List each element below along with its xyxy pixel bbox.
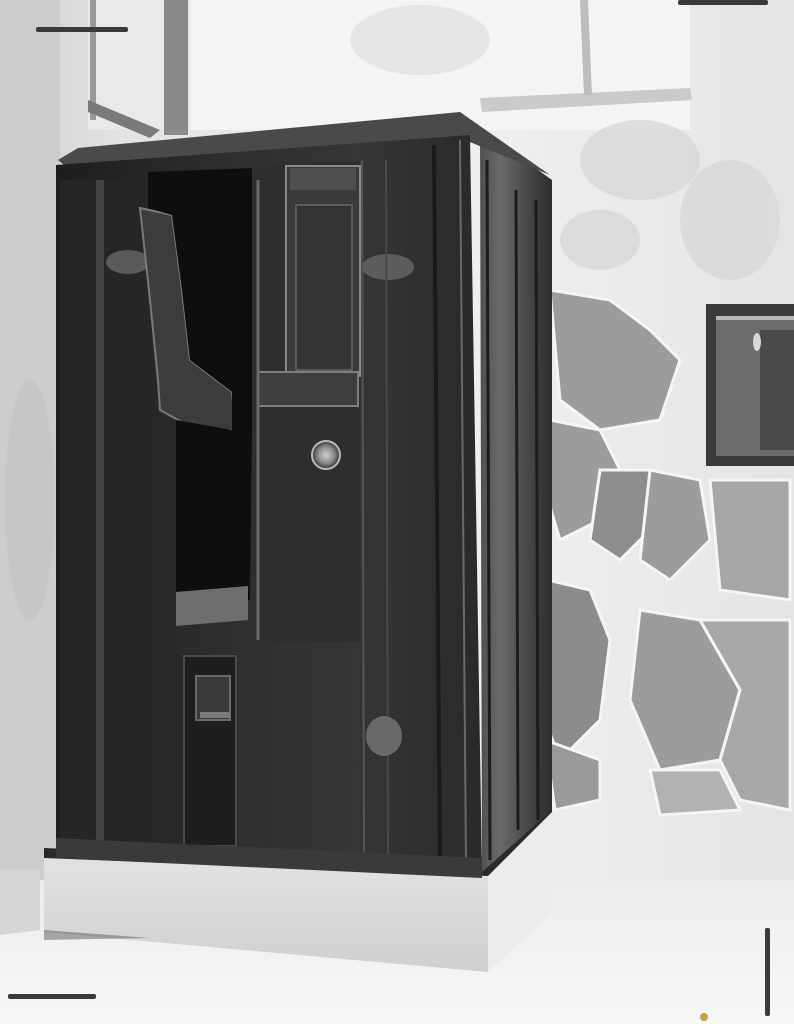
photograph	[0, 0, 794, 1024]
photo-scene	[0, 0, 794, 1024]
right-door	[252, 162, 360, 642]
upper-right-boss	[362, 254, 414, 280]
lower-small-door	[184, 656, 236, 846]
lower-knob	[366, 716, 402, 756]
upper-hinge-knob	[106, 250, 150, 274]
framed-panel	[706, 304, 794, 466]
rust-spot	[700, 1013, 708, 1021]
door-knob	[312, 441, 340, 469]
cabinet-left-stile	[60, 180, 150, 840]
stile-highlight	[96, 180, 104, 840]
interior-shelf	[176, 586, 248, 626]
floor-shadow	[0, 870, 40, 935]
